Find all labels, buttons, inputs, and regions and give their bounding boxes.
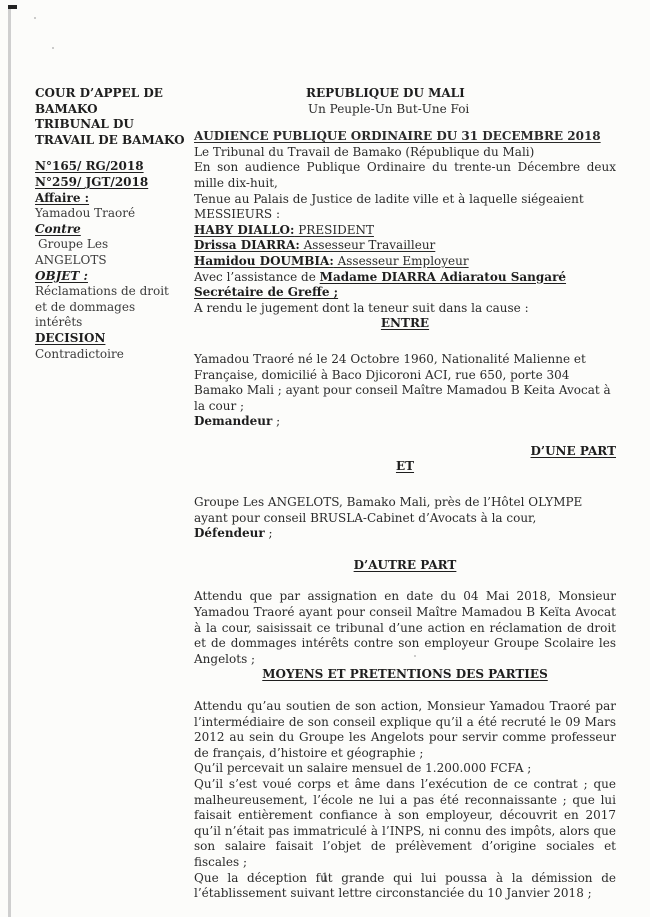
tribunal-member: Drissa DIARRA: Assesseur Travailleur — [194, 238, 616, 254]
rendu-line: A rendu le jugement dont la teneur suit … — [194, 301, 616, 317]
defendeur-label-line: Défendeur ; — [194, 526, 616, 542]
contre-label: Contre — [35, 222, 175, 238]
jgt-number: N°259/ JGT/2018 — [35, 175, 175, 191]
republic-header: REPUBLIQUE DU MALI Un Peuple-Un But-Une … — [194, 86, 616, 117]
assignation-paragraph: Attendu que par assignation en date du 0… — [194, 589, 616, 667]
defendeur-paragraph: Groupe Les ANGELOTS, Bamako Mali, près d… — [194, 495, 616, 526]
entre-heading: ENTRE — [194, 316, 616, 332]
contre-value: Groupe Les — [35, 237, 175, 253]
republic-motto: Un Peuple-Un But-Une Foi — [306, 102, 616, 118]
decision-label: DECISION — [35, 331, 175, 347]
intro-line: MESSIEURS : — [194, 207, 616, 223]
scanned-page: COUR D’APPEL DE BAMAKO TRIBUNAL DU TRAVA… — [0, 0, 650, 917]
tribunal-member: Hamidou DOUMBIA: Assesseur Employeur — [194, 254, 616, 270]
case-metadata-sidebar: COUR D’APPEL DE BAMAKO TRIBUNAL DU TRAVA… — [35, 86, 175, 362]
page-number: 1 — [0, 871, 650, 884]
objet-label: OBJET : — [35, 269, 175, 285]
objet-value: intérêts — [35, 315, 175, 331]
scan-edge-mark — [8, 5, 17, 9]
judgment-body: REPUBLIQUE DU MALI Un Peuple-Un But-Une … — [194, 86, 616, 902]
body-paragraph: Attendu qu’au soutien de son action, Mon… — [194, 699, 616, 761]
objet-value: et de dommages — [35, 300, 175, 316]
affaire-value: Yamadou Traoré — [35, 206, 175, 222]
contre-value: ANGELOTS — [35, 253, 175, 269]
rg-number: N°165/ RG/2018 — [35, 159, 175, 175]
scan-edge-shadow — [8, 5, 11, 917]
demandeur-paragraph: Yamadou Traoré né le 24 Octobre 1960, Na… — [194, 352, 616, 414]
assistance-line: Avec l’assistance de Madame DIARRA Adiar… — [194, 270, 616, 301]
audience-heading: AUDIENCE PUBLIQUE ORDINAIRE DU 31 DECEMB… — [194, 129, 616, 145]
demandeur-label-line: Demandeur ; — [194, 414, 616, 430]
et-heading: ET — [194, 459, 616, 475]
affaire-label: Affaire : — [35, 191, 175, 207]
objet-value: Réclamations de droit — [35, 284, 175, 300]
tribunal-member: HABY DIALLO: PRESIDENT — [194, 223, 616, 239]
autre-part-heading: D’AUTRE PART — [194, 558, 616, 574]
body-paragraph: Qu’il percevait un salaire mensuel de 1.… — [194, 761, 616, 777]
body-paragraph: Qu’il s’est voué corps et âme dans l’exé… — [194, 777, 616, 871]
moyens-heading: MOYENS ET PRETENTIONS DES PARTIES — [194, 667, 616, 683]
une-part-heading: D’UNE PART — [194, 444, 616, 460]
republic-title: REPUBLIQUE DU MALI — [306, 86, 616, 102]
scan-speck — [52, 47, 54, 49]
decision-value: Contradictoire — [35, 347, 175, 363]
intro-line: Le Tribunal du Travail de Bamako (Républ… — [194, 145, 616, 161]
intro-line: Tenue au Palais de Justice de ladite vil… — [194, 192, 616, 208]
court-name: COUR D’APPEL DE BAMAKO TRIBUNAL DU TRAVA… — [35, 86, 175, 148]
intro-line: En son audience Publique Ordinaire du tr… — [194, 160, 616, 191]
scan-speck — [34, 17, 36, 19]
